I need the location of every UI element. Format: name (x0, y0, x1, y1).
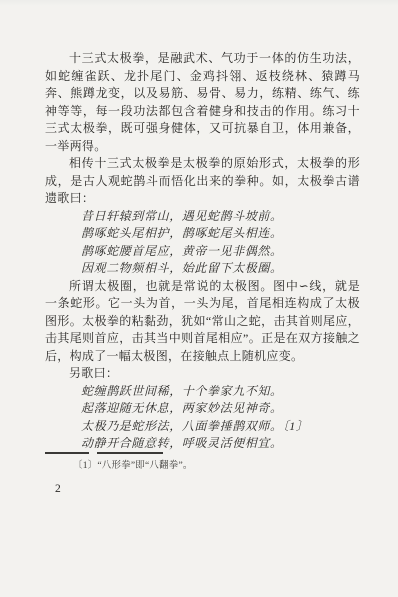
verse-line: 因观二物频相斗，始此留下太极圈。 (81, 260, 360, 278)
verse-line: 蛇缠鹊跃世间稀，十个拳家九不知。 (81, 383, 360, 401)
book-page: 十三式太极拳，是融武术、气功于一体的仿生功法，如蛇缠雀跃、龙扑尾门、金鸡抖翎、返… (0, 0, 398, 597)
footnote-text: 〔1〕“八形拳”即“八翻拳”。 (73, 460, 360, 473)
verse-line: 鹊啄蛇腰首尾应，黄帝一见非偶然。 (81, 243, 360, 261)
verse-line: 昔日轩辕到常山，遇见蛇鹊斗坡前。 (81, 208, 360, 226)
verse-line: 起落迎随无休息，两家妙法见神奇。 (81, 400, 360, 418)
verse-line: 鹊啄蛇头尾相护，鹊啄蛇尾头相连。 (81, 225, 360, 243)
divider-segment (97, 452, 163, 454)
verse-block-1: 昔日轩辕到常山，遇见蛇鹊斗坡前。 鹊啄蛇头尾相护，鹊啄蛇尾头相连。 鹊啄蛇腰首尾… (81, 208, 360, 278)
verse-line: 动静开合随意转，呼吸灵活便相宜。 (81, 435, 360, 453)
paragraph-another-song: 另歌曰： (45, 365, 360, 383)
footnote-area: 〔1〕“八形拳”即“八翻拳”。 2 (45, 452, 360, 495)
paragraph-taiji-circle: 所谓太极圈，也就是常说的太极图。图中∽线，就是一条蛇形。它一头为首，一头为尾，首… (45, 278, 360, 366)
footnote-divider (45, 452, 360, 454)
divider-segment (45, 452, 89, 454)
verse-block-2: 蛇缠鹊跃世间稀，十个拳家九不知。 起落迎随无休息，两家妙法见神奇。 太极乃是蛇形… (81, 383, 360, 453)
verse-line: 太极乃是蛇形法，八面拳捶鹊双师。〔1〕 (81, 418, 360, 436)
paragraph-legend: 相传十三式太极拳是太极拳的原始形式，太极拳的形成，是古人观蛇鹊斗而悟化出来的拳种… (45, 155, 360, 208)
paragraph-intro: 十三式太极拳，是融武术、气功于一体的仿生功法，如蛇缠雀跃、龙扑尾门、金鸡抖翎、返… (45, 50, 360, 155)
text-block: 十三式太极拳，是融武术、气功于一体的仿生功法，如蛇缠雀跃、龙扑尾门、金鸡抖翎、返… (45, 50, 360, 453)
page-number: 2 (55, 483, 360, 495)
